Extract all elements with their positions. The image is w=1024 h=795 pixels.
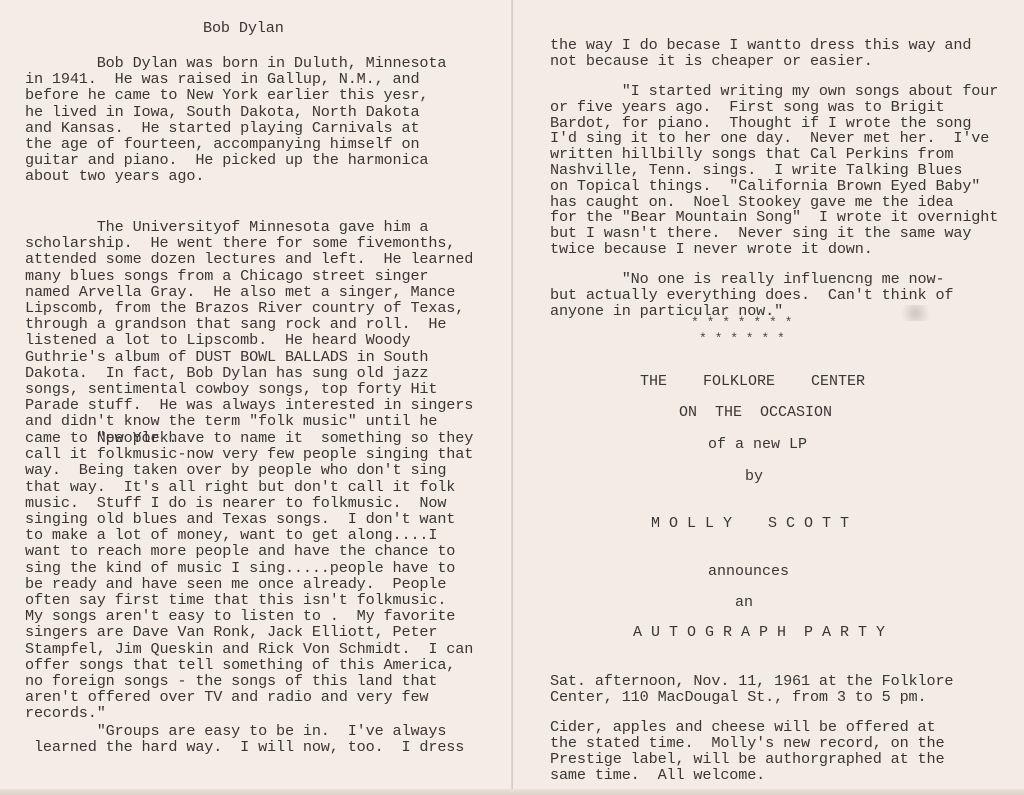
announcement-line: of a new LP: [708, 437, 807, 453]
paragraph-line: way. Being taken over by people who don'…: [25, 462, 446, 478]
paragraph-line: but I wasn't there. Never sing it the sa…: [550, 225, 971, 241]
announcement-line: an: [735, 595, 753, 611]
paragraph-line: be ready and have seen me once already. …: [25, 576, 446, 592]
paragraph-line: many blues songs from a Chicago street s…: [25, 268, 428, 284]
paragraph-line: The Universityof Minnesota gave him a: [25, 219, 428, 235]
paragraph-line: "people have to name it something so the…: [25, 430, 473, 446]
announcement-line: ON THE OCCASION: [679, 405, 832, 421]
paragraph-line: named Arvella Gray. He also met a singer…: [25, 284, 455, 300]
paragraph-line: Bob Dylan was born in Duluth, Minnesota: [25, 55, 446, 71]
page-title: Bob Dylan: [203, 20, 284, 36]
paragraph-line: want to reach more people and have the c…: [25, 543, 455, 559]
paragraph-line: guitar and piano. He picked up the harmo…: [25, 152, 428, 168]
left-page: Bob Dylan Bob Dylan was born in Duluth, …: [0, 0, 513, 795]
paragraph-line: often say first time that this isn't fol…: [25, 592, 446, 608]
star-divider-1: * * * * * * *: [691, 316, 792, 330]
paper-edge: [0, 789, 1024, 795]
paragraph-line: offer songs that tell something of this …: [25, 657, 455, 673]
paragraph-line: Bardot, for piano. Thought if I wrote th…: [550, 115, 971, 131]
paragraph-line: Nashville, Tenn. sings. I write Talking …: [550, 162, 962, 178]
ink-smudge: [893, 305, 938, 321]
paragraph-line: Dakota. In fact, Bob Dylan has sung old …: [25, 365, 428, 381]
paragraph-line: songs, sentimental cowboy songs, top for…: [25, 381, 437, 397]
closing-line: the stated time. Molly's new record, on …: [550, 735, 944, 751]
paragraph-line: to make a lot of money, want to get alon…: [25, 527, 437, 543]
paragraph-line: has caught on. Noel Stookey gave me the …: [550, 194, 953, 210]
paragraph-line: attended some dozen lectures and left. H…: [25, 251, 473, 267]
paragraph-line: listened a lot to Lipscomb. He heard Woo…: [25, 332, 410, 348]
paragraph-line: scholarship. He went there for some five…: [25, 235, 455, 251]
paragraph-line: no foreign songs - the songs of this lan…: [25, 673, 437, 689]
paragraph-line: call it folkmusic-now very few people si…: [25, 446, 473, 462]
paragraph-line: learned the hard way. I will now, too. I…: [25, 739, 464, 755]
announcement-line: announces: [708, 564, 789, 580]
closing-line: Prestige label, will be authorgraphed at…: [550, 751, 944, 767]
paragraph-line: twice because I never wrote it down.: [550, 241, 873, 257]
paragraph-line: music. Stuff I do is nearer to folkmusic…: [25, 495, 446, 511]
paragraph-line: written hillbilly songs that Cal Perkins…: [550, 146, 953, 162]
right-page: the way I do becase I wantto dress this …: [513, 0, 1024, 795]
paragraph-line: I'd sing it to her one day. Never met he…: [550, 130, 989, 146]
paragraph-line: he lived in Iowa, South Dakota, North Da…: [25, 104, 419, 120]
paragraph-line: that way. It's all right but don't call …: [25, 479, 455, 495]
paragraph-line: sing the kind of music I sing.....people…: [25, 560, 455, 576]
paragraph-line: singing old blues and Texas songs. I don…: [25, 511, 455, 527]
paragraph-line: the way I do becase I wantto dress this …: [550, 37, 971, 53]
paragraph-line: before he came to New York earlier this …: [25, 87, 428, 103]
paragraph-line: records.": [25, 705, 106, 721]
paragraph-line: about two years ago.: [25, 168, 204, 184]
paragraph-line: "Groups are easy to be in. I've always: [25, 723, 446, 739]
closing-line: Cider, apples and cheese will be offered…: [550, 719, 935, 735]
announcement-line: THE FOLKLORE CENTER: [640, 374, 865, 390]
paragraph-line: and didn't know the term "folk music" un…: [25, 413, 437, 429]
paragraph-line: Stampfel, Jim Queskin and Rick Von Schmi…: [25, 641, 473, 657]
paragraph-line: My songs aren't easy to listen to . My f…: [25, 608, 455, 624]
paragraph-line: aren't offered over TV and radio and ver…: [25, 689, 428, 705]
event-detail-line: Center, 110 MacDougal St., from 3 to 5 p…: [550, 689, 927, 705]
paragraph-line: "No one is really influencng me now-: [550, 271, 944, 287]
announcement-line: by: [745, 469, 763, 485]
paragraph-line: or five years ago. First song was to Bri…: [550, 99, 944, 115]
paragraph-line: the age of fourteen, accompanying himsel…: [25, 136, 419, 152]
event-detail-line: Sat. afternoon, Nov. 11, 1961 at the Fol…: [550, 673, 953, 689]
paragraph-line: Guthrie's album of DUST BOWL BALLADS in …: [25, 349, 428, 365]
star-divider-2: * * * * * *: [699, 332, 785, 346]
paragraph-line: through a grandson that sang rock and ro…: [25, 316, 446, 332]
performer-name: M O L L Y S C O T T: [651, 516, 849, 532]
paragraph-line: Lipscomb, from the Brazos River country …: [25, 300, 464, 316]
paragraph-line: in 1941. He was raised in Gallup, N.M., …: [25, 71, 419, 87]
paragraph-line: and Kansas. He started playing Carnivals…: [25, 120, 419, 136]
closing-line: same time. All welcome.: [550, 767, 765, 783]
paragraph-line: on Topical things. "California Brown Eye…: [550, 178, 980, 194]
paragraph-line: singers are Dave Van Ronk, Jack Elliott,…: [25, 624, 437, 640]
paragraph-line: "I started writing my own songs about fo…: [550, 83, 998, 99]
paragraph-line: not because it is cheaper or easier.: [550, 53, 873, 69]
paragraph-line: for the "Bear Mountain Song" I wrote it …: [550, 209, 998, 225]
paragraph-line: Parade stuff. He was always interested i…: [25, 397, 473, 413]
event-title: A U T O G R A P H P A R T Y: [633, 625, 885, 641]
paragraph-line: but actually everything does. Can't thin…: [550, 287, 953, 303]
